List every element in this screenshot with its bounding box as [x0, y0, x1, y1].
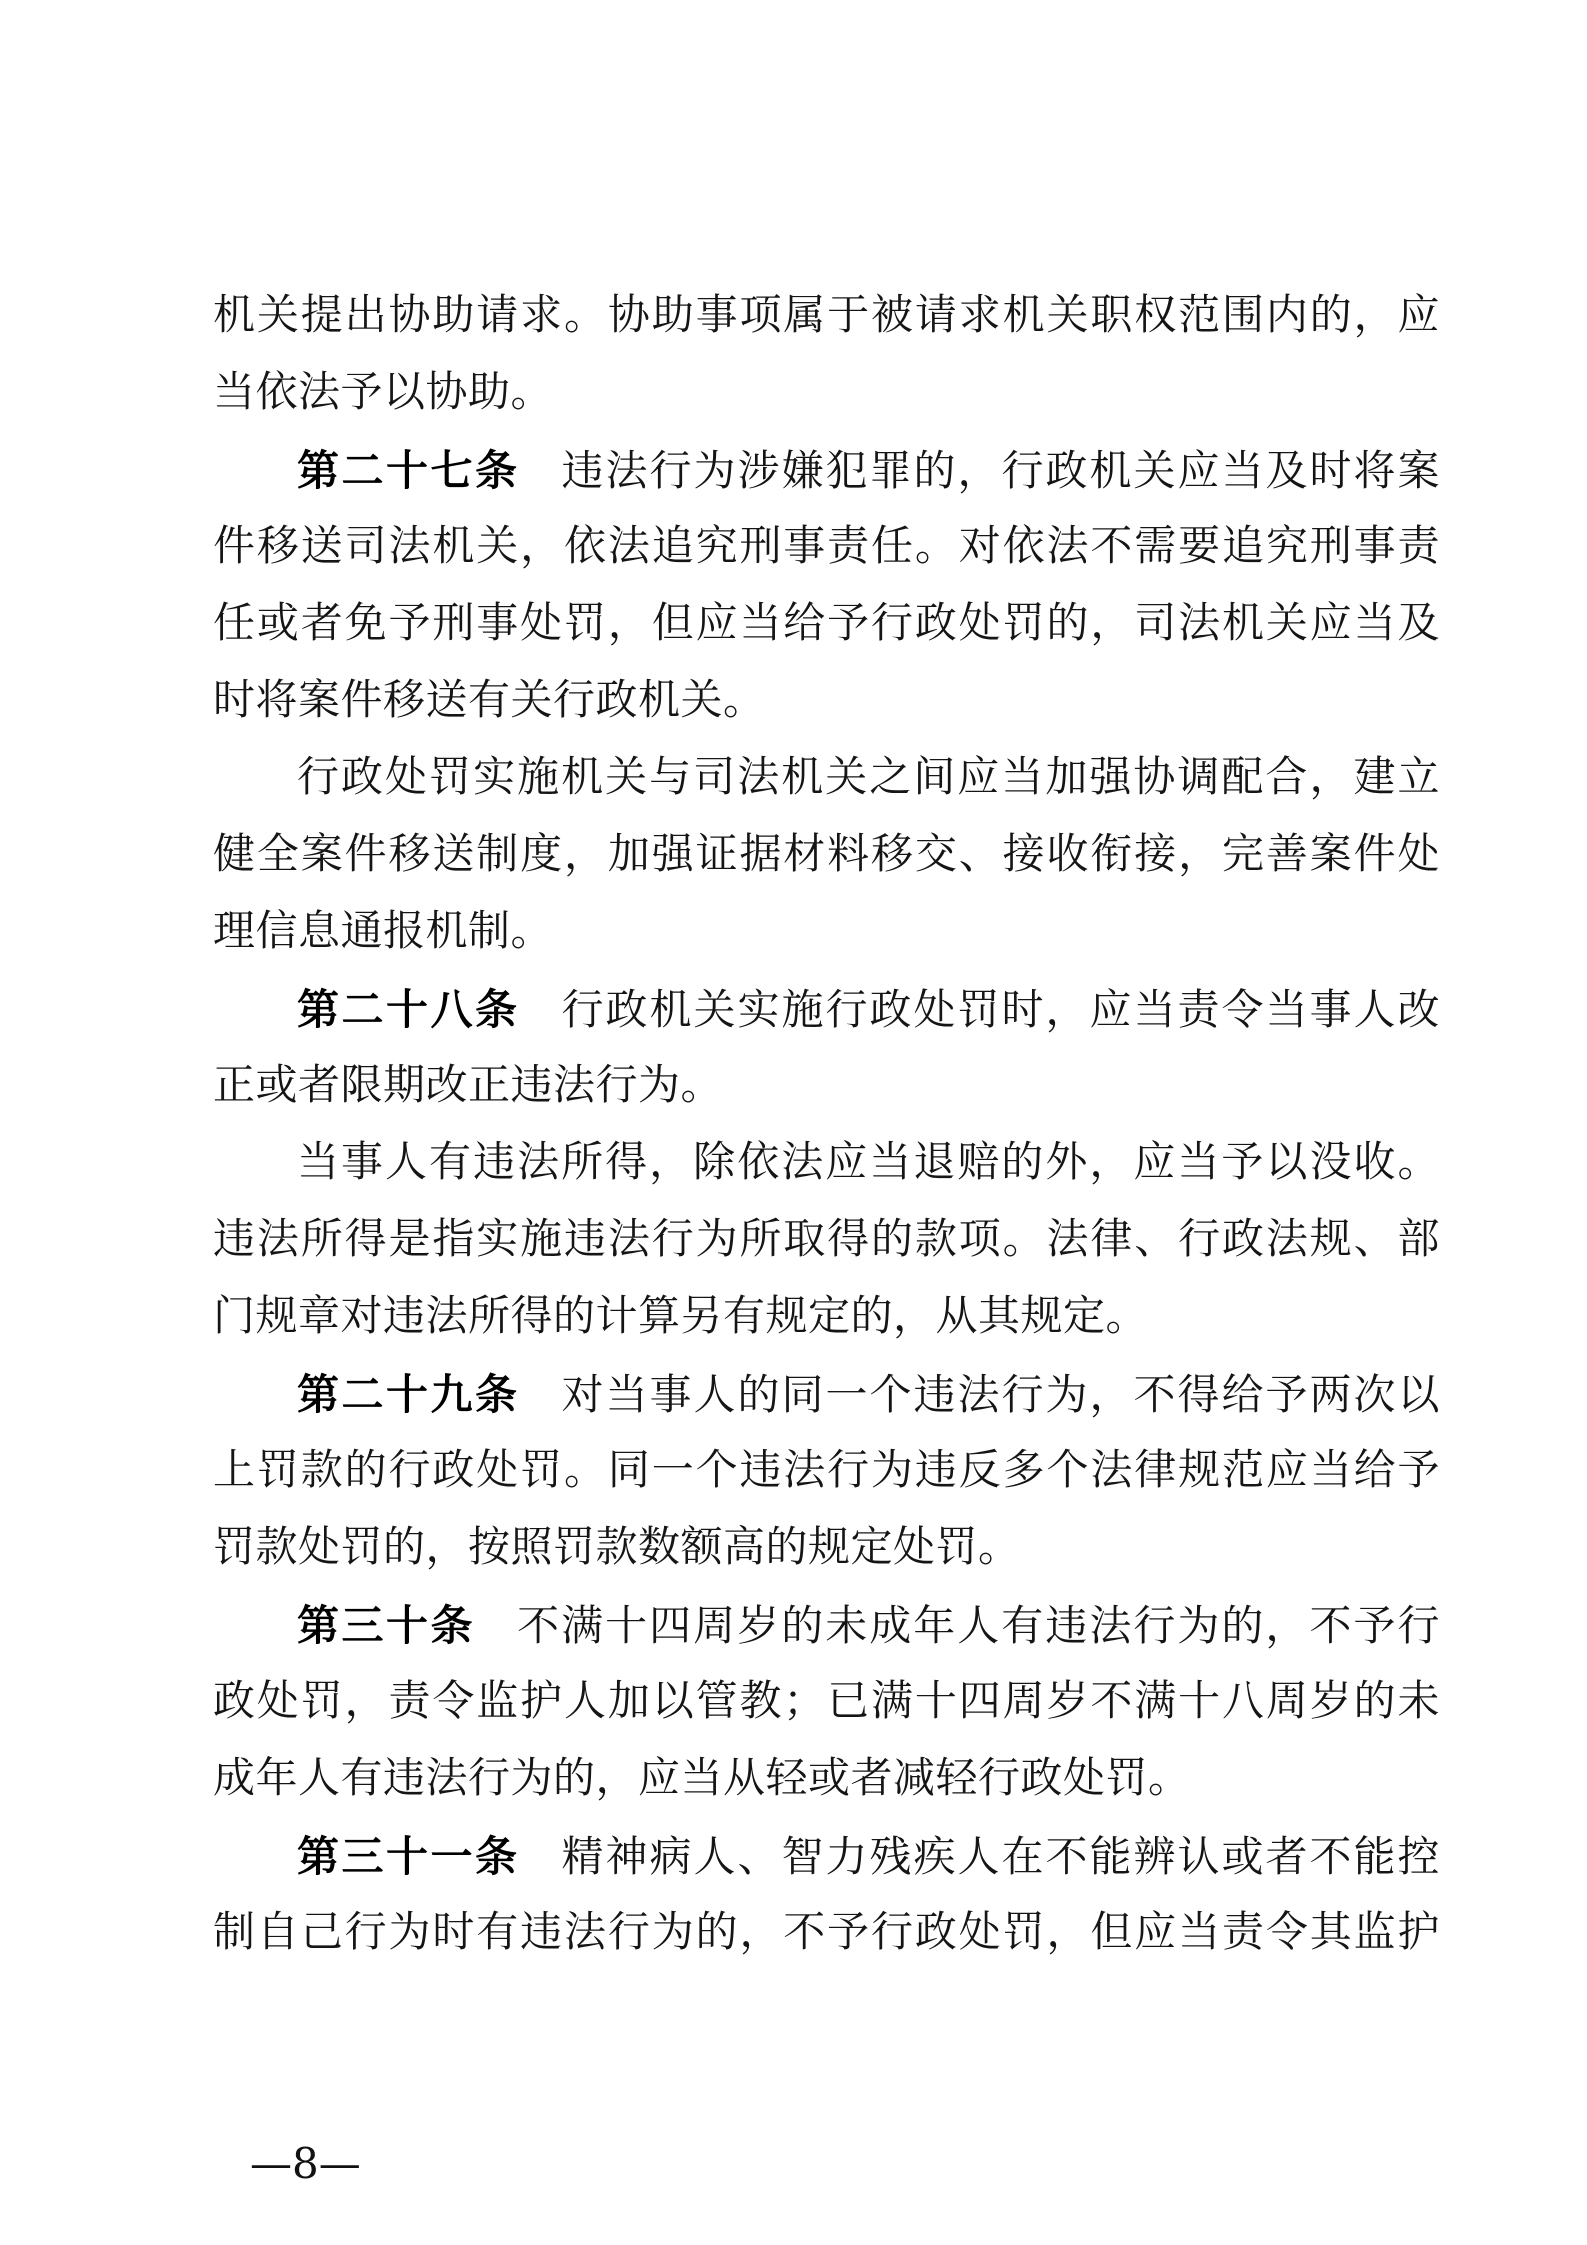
text-line: 上罚款的行政处罚。同一个违法行为违反多个法律规范应当给予 — [213, 1433, 1440, 1510]
text-line-article-30: 第三十条不满十四周岁的未成年人有违法行为的，不予行 — [213, 1587, 1440, 1664]
article-number: 第三十条 — [297, 1601, 475, 1650]
line-text: 罚款处罚的，按照罚款数额高的规定处罚。 — [213, 1525, 1021, 1571]
text-line: 门规章对违法所得的计算另有规定的，从其规定。 — [213, 1279, 1440, 1356]
text-line: 健全案件移送制度，加强证据材料移交、接收衔接，完善案件处 — [213, 817, 1440, 894]
line-text: 违法所得是指实施违法行为所取得的款项。法律、行政法规、部 — [213, 1217, 1440, 1263]
article-number: 第三十一条 — [297, 1832, 520, 1881]
line-text: 当依法予以协助。 — [213, 370, 553, 416]
line-text: 健全案件移送制度，加强证据材料移交、接收衔接，完善案件处 — [213, 832, 1440, 878]
text-line: 时将案件移送有关行政机关。 — [213, 663, 1440, 740]
text-line-article-31: 第三十一条精神病人、智力残疾人在不能辨认或者不能控 — [213, 1818, 1440, 1895]
text-line-article-29: 第二十九条对当事人的同一个违法行为，不得给予两次以 — [213, 1356, 1440, 1433]
text-line-article-28: 第二十八条行政机关实施行政处罚时，应当责令当事人改 — [213, 971, 1440, 1048]
line-text: 精神病人、智力残疾人在不能辨认或者不能控 — [562, 1835, 1440, 1881]
line-text: 违法行为涉嫌犯罪的，行政机关应当及时将案 — [562, 449, 1440, 495]
line-text: 上罚款的行政处罚。同一个违法行为违反多个法律规范应当给予 — [213, 1448, 1440, 1494]
text-line: 制自己行为时有违法行为的，不予行政处罚，但应当责令其监护 — [213, 1895, 1440, 1972]
text-line: 任或者免予刑事处罚，但应当给予行政处罚的，司法机关应当及 — [213, 586, 1440, 663]
text-line: 政处罚，责令监护人加以管教；已满十四周岁不满十八周岁的未 — [213, 1664, 1440, 1741]
law-text-block: 机关提出协助请求。协助事项属于被请求机关职权范围内的，应 当依法予以协助。 第二… — [213, 278, 1440, 1972]
line-text: 行政处罚实施机关与司法机关之间应当加强协调配合，建立 — [297, 755, 1440, 801]
text-line: 成年人有违法行为的，应当从轻或者减轻行政处罚。 — [213, 1741, 1440, 1818]
document-page: 机关提出协助请求。协助事项属于被请求机关职权范围内的，应 当依法予以协助。 第二… — [0, 0, 1587, 2245]
line-text: 任或者免予刑事处罚，但应当给予行政处罚的，司法机关应当及 — [213, 601, 1440, 647]
text-line: 行政处罚实施机关与司法机关之间应当加强协调配合，建立 — [213, 740, 1440, 817]
line-text: 时将案件移送有关行政机关。 — [213, 678, 766, 724]
line-text: 门规章对违法所得的计算另有规定的，从其规定。 — [213, 1294, 1148, 1340]
article-number: 第二十九条 — [297, 1370, 520, 1419]
page-number: —8— — [250, 2140, 361, 2188]
text-line: 理信息通报机制。 — [213, 894, 1440, 971]
line-text: 当事人有违法所得，除依法应当退赔的外，应当予以没收。 — [297, 1140, 1440, 1186]
text-line: 正或者限期改正违法行为。 — [213, 1048, 1440, 1125]
text-line: 罚款处罚的，按照罚款数额高的规定处罚。 — [213, 1510, 1440, 1587]
text-line: 违法所得是指实施违法行为所取得的款项。法律、行政法规、部 — [213, 1202, 1440, 1279]
line-text: 件移送司法机关，依法追究刑事责任。对依法不需要追究刑事责 — [213, 524, 1440, 570]
text-line: 件移送司法机关，依法追究刑事责任。对依法不需要追究刑事责 — [213, 509, 1440, 586]
text-line: 当事人有违法所得，除依法应当退赔的外，应当予以没收。 — [213, 1125, 1440, 1202]
line-text: 成年人有违法行为的，应当从轻或者减轻行政处罚。 — [213, 1756, 1191, 1802]
text-line: 当依法予以协助。 — [213, 355, 1440, 432]
article-number: 第二十八条 — [297, 985, 520, 1034]
line-text: 政处罚，责令监护人加以管教；已满十四周岁不满十八周岁的未 — [213, 1679, 1440, 1725]
article-number: 第二十七条 — [297, 446, 520, 495]
line-text: 机关提出协助请求。协助事项属于被请求机关职权范围内的，应 — [213, 293, 1440, 339]
line-text: 理信息通报机制。 — [213, 909, 553, 955]
text-line-article-27: 第二十七条违法行为涉嫌犯罪的，行政机关应当及时将案 — [213, 432, 1440, 509]
line-text: 制自己行为时有违法行为的，不予行政处罚，但应当责令其监护 — [213, 1910, 1440, 1956]
line-text: 对当事人的同一个违法行为，不得给予两次以 — [562, 1373, 1440, 1419]
line-text: 行政机关实施行政处罚时，应当责令当事人改 — [562, 988, 1440, 1034]
line-text: 不满十四周岁的未成年人有违法行为的，不予行 — [517, 1604, 1440, 1650]
text-line: 机关提出协助请求。协助事项属于被请求机关职权范围内的，应 — [213, 278, 1440, 355]
line-text: 正或者限期改正违法行为。 — [213, 1063, 723, 1109]
